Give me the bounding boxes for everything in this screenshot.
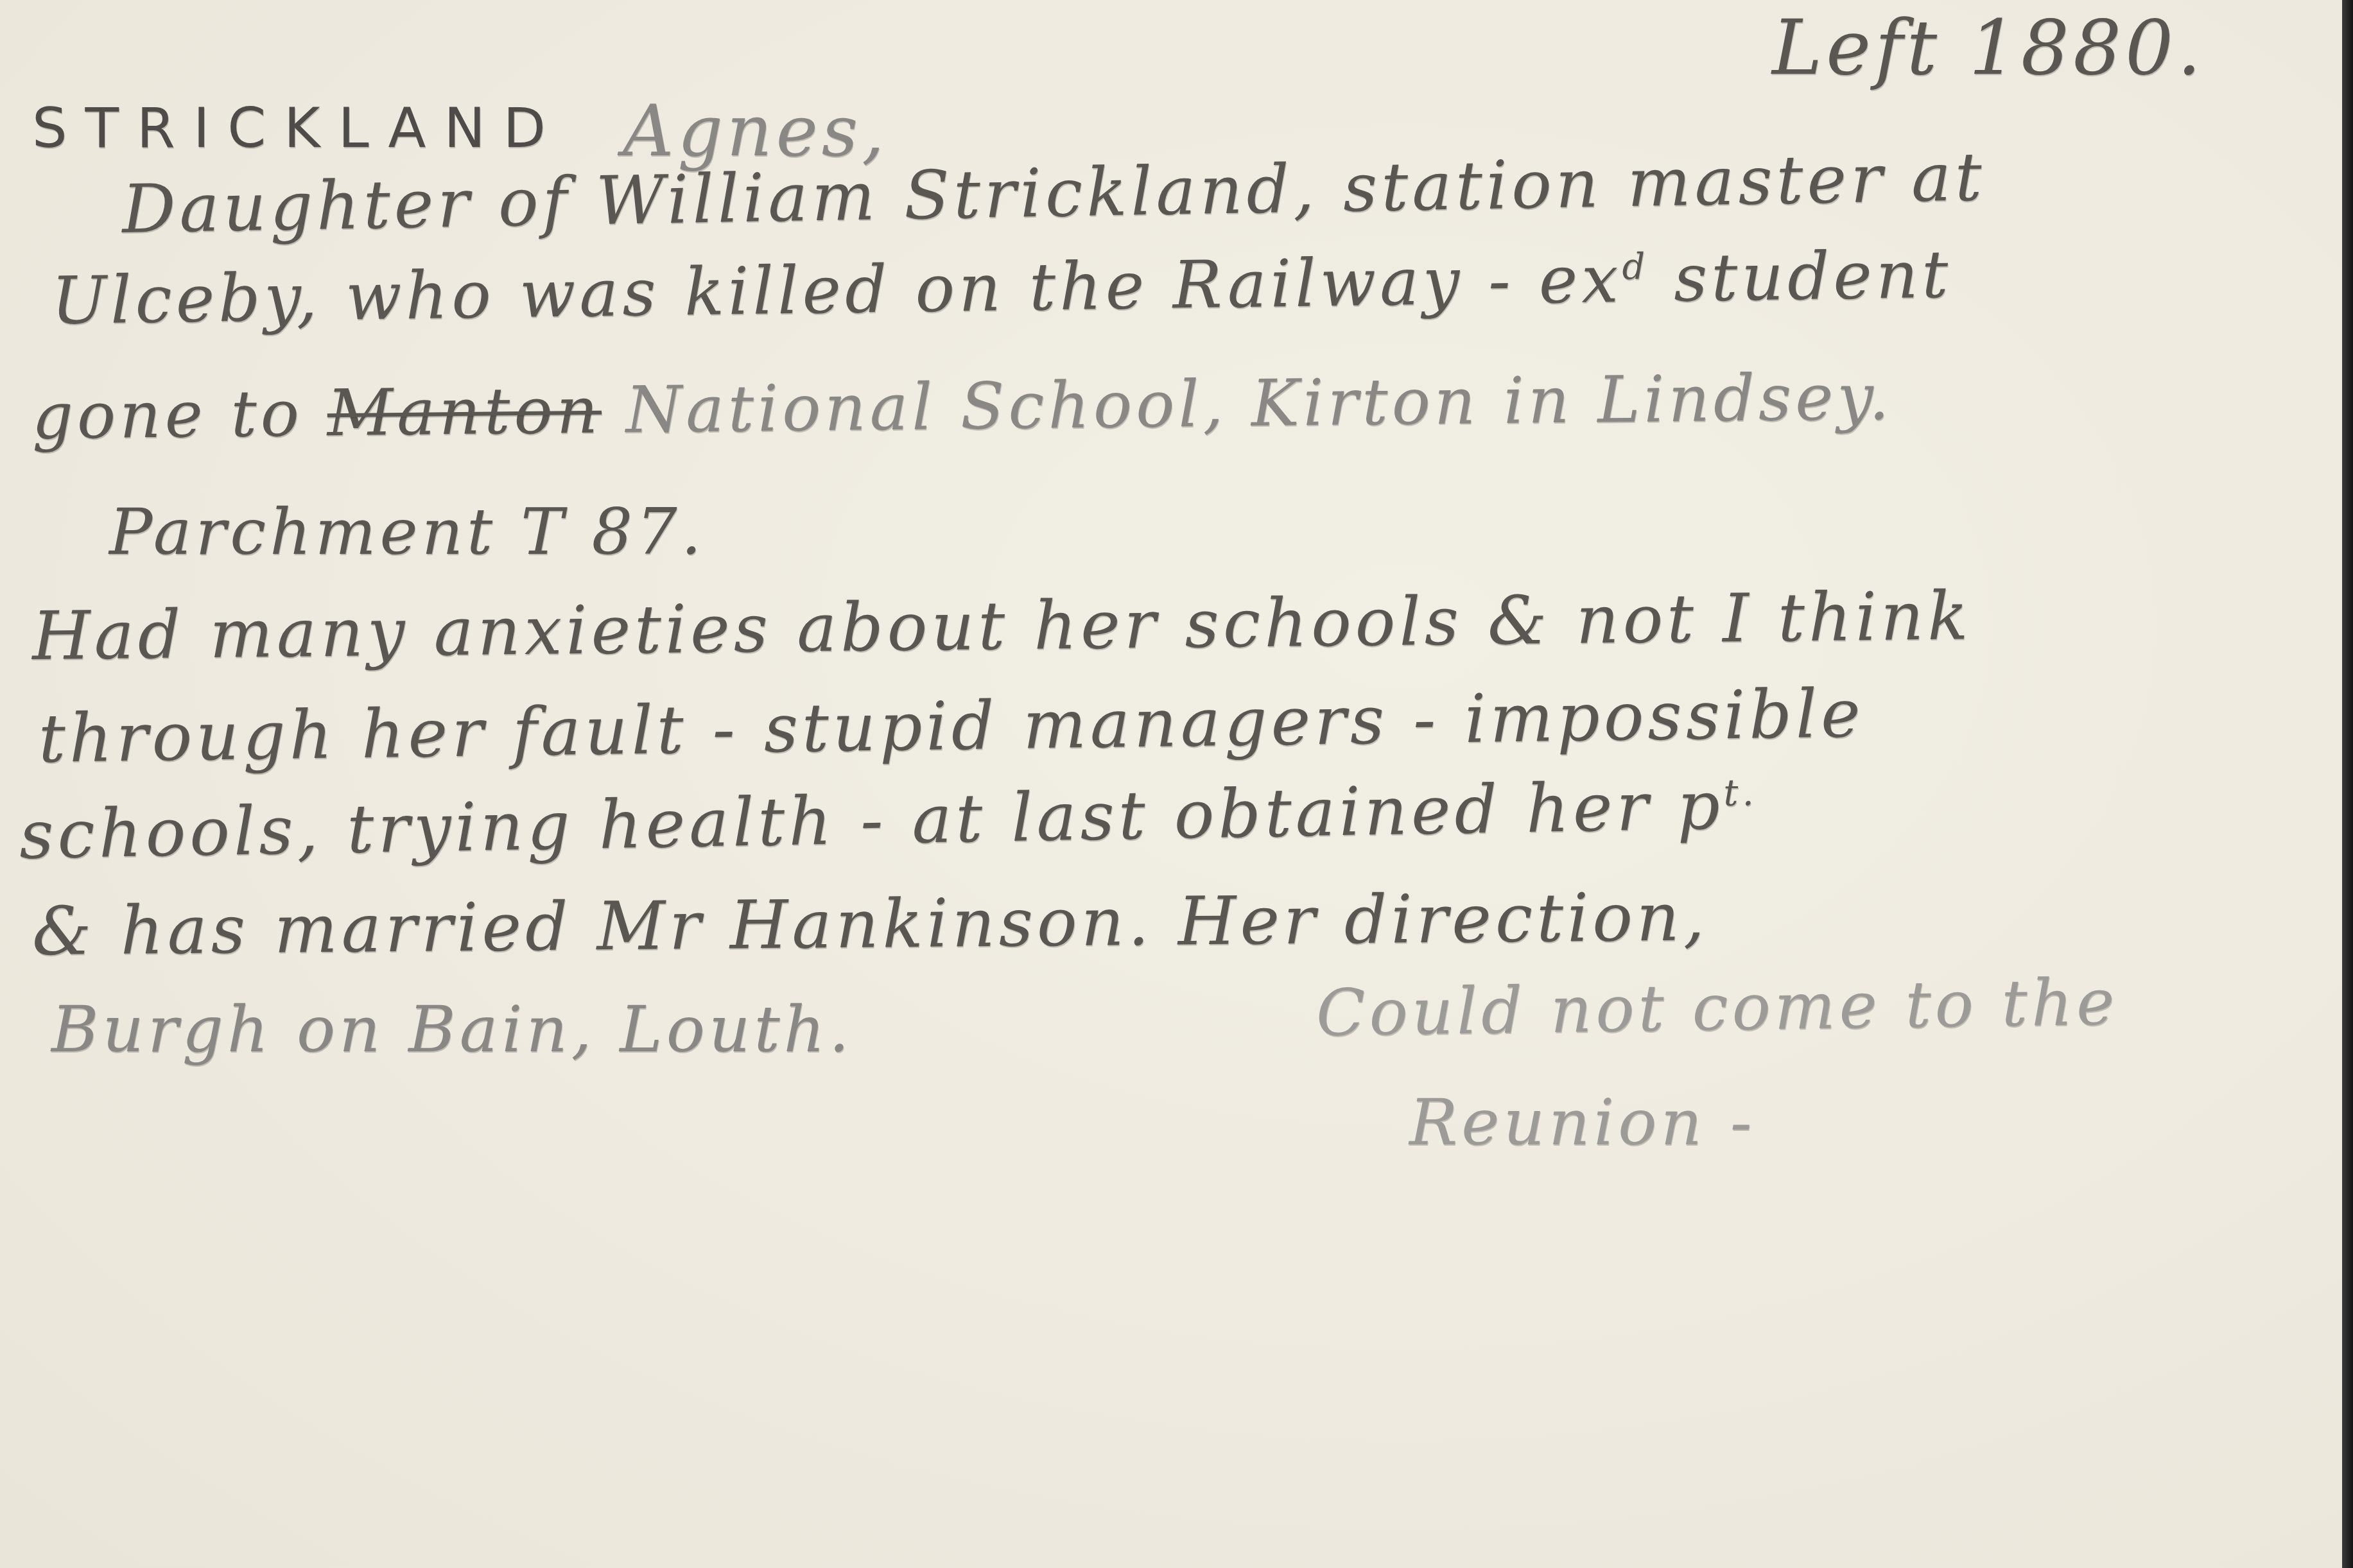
left-date: Left 1880.	[1772, 3, 2205, 92]
surname-heading: STRICKLAND	[32, 96, 564, 160]
line-burgh: Burgh on Bain, Louth.	[51, 992, 853, 1067]
card-edge-shadow	[2342, 0, 2353, 1568]
line-anxieties: Had many anxieties about her schools & n…	[31, 576, 1972, 675]
left-date-text: Left 1880.	[1772, 3, 2205, 92]
line-ulceby: Ulceby, who was killed on the Railway - …	[51, 237, 1952, 340]
line-schools-trying: schools, trying health - at last obtaine…	[19, 766, 1758, 874]
line-could-not: Could not come to the	[1315, 965, 2119, 1051]
surname: STRICKLAND	[32, 96, 564, 160]
line-parchment: Parchment T 87.	[109, 494, 706, 569]
record-card: Left 1880. STRICKLAND Agnes, Daughter of…	[0, 0, 2342, 1568]
line-reunion: Reunion -	[1409, 1085, 1755, 1160]
line-through: through her fault - stupid managers - im…	[38, 674, 1864, 778]
struck-word-manton: Manton	[327, 373, 602, 451]
line-married: & has married Mr Hankinson. Her directio…	[31, 877, 1708, 970]
line-gone-to: gone to Manton National School, Kirton i…	[31, 359, 1893, 454]
